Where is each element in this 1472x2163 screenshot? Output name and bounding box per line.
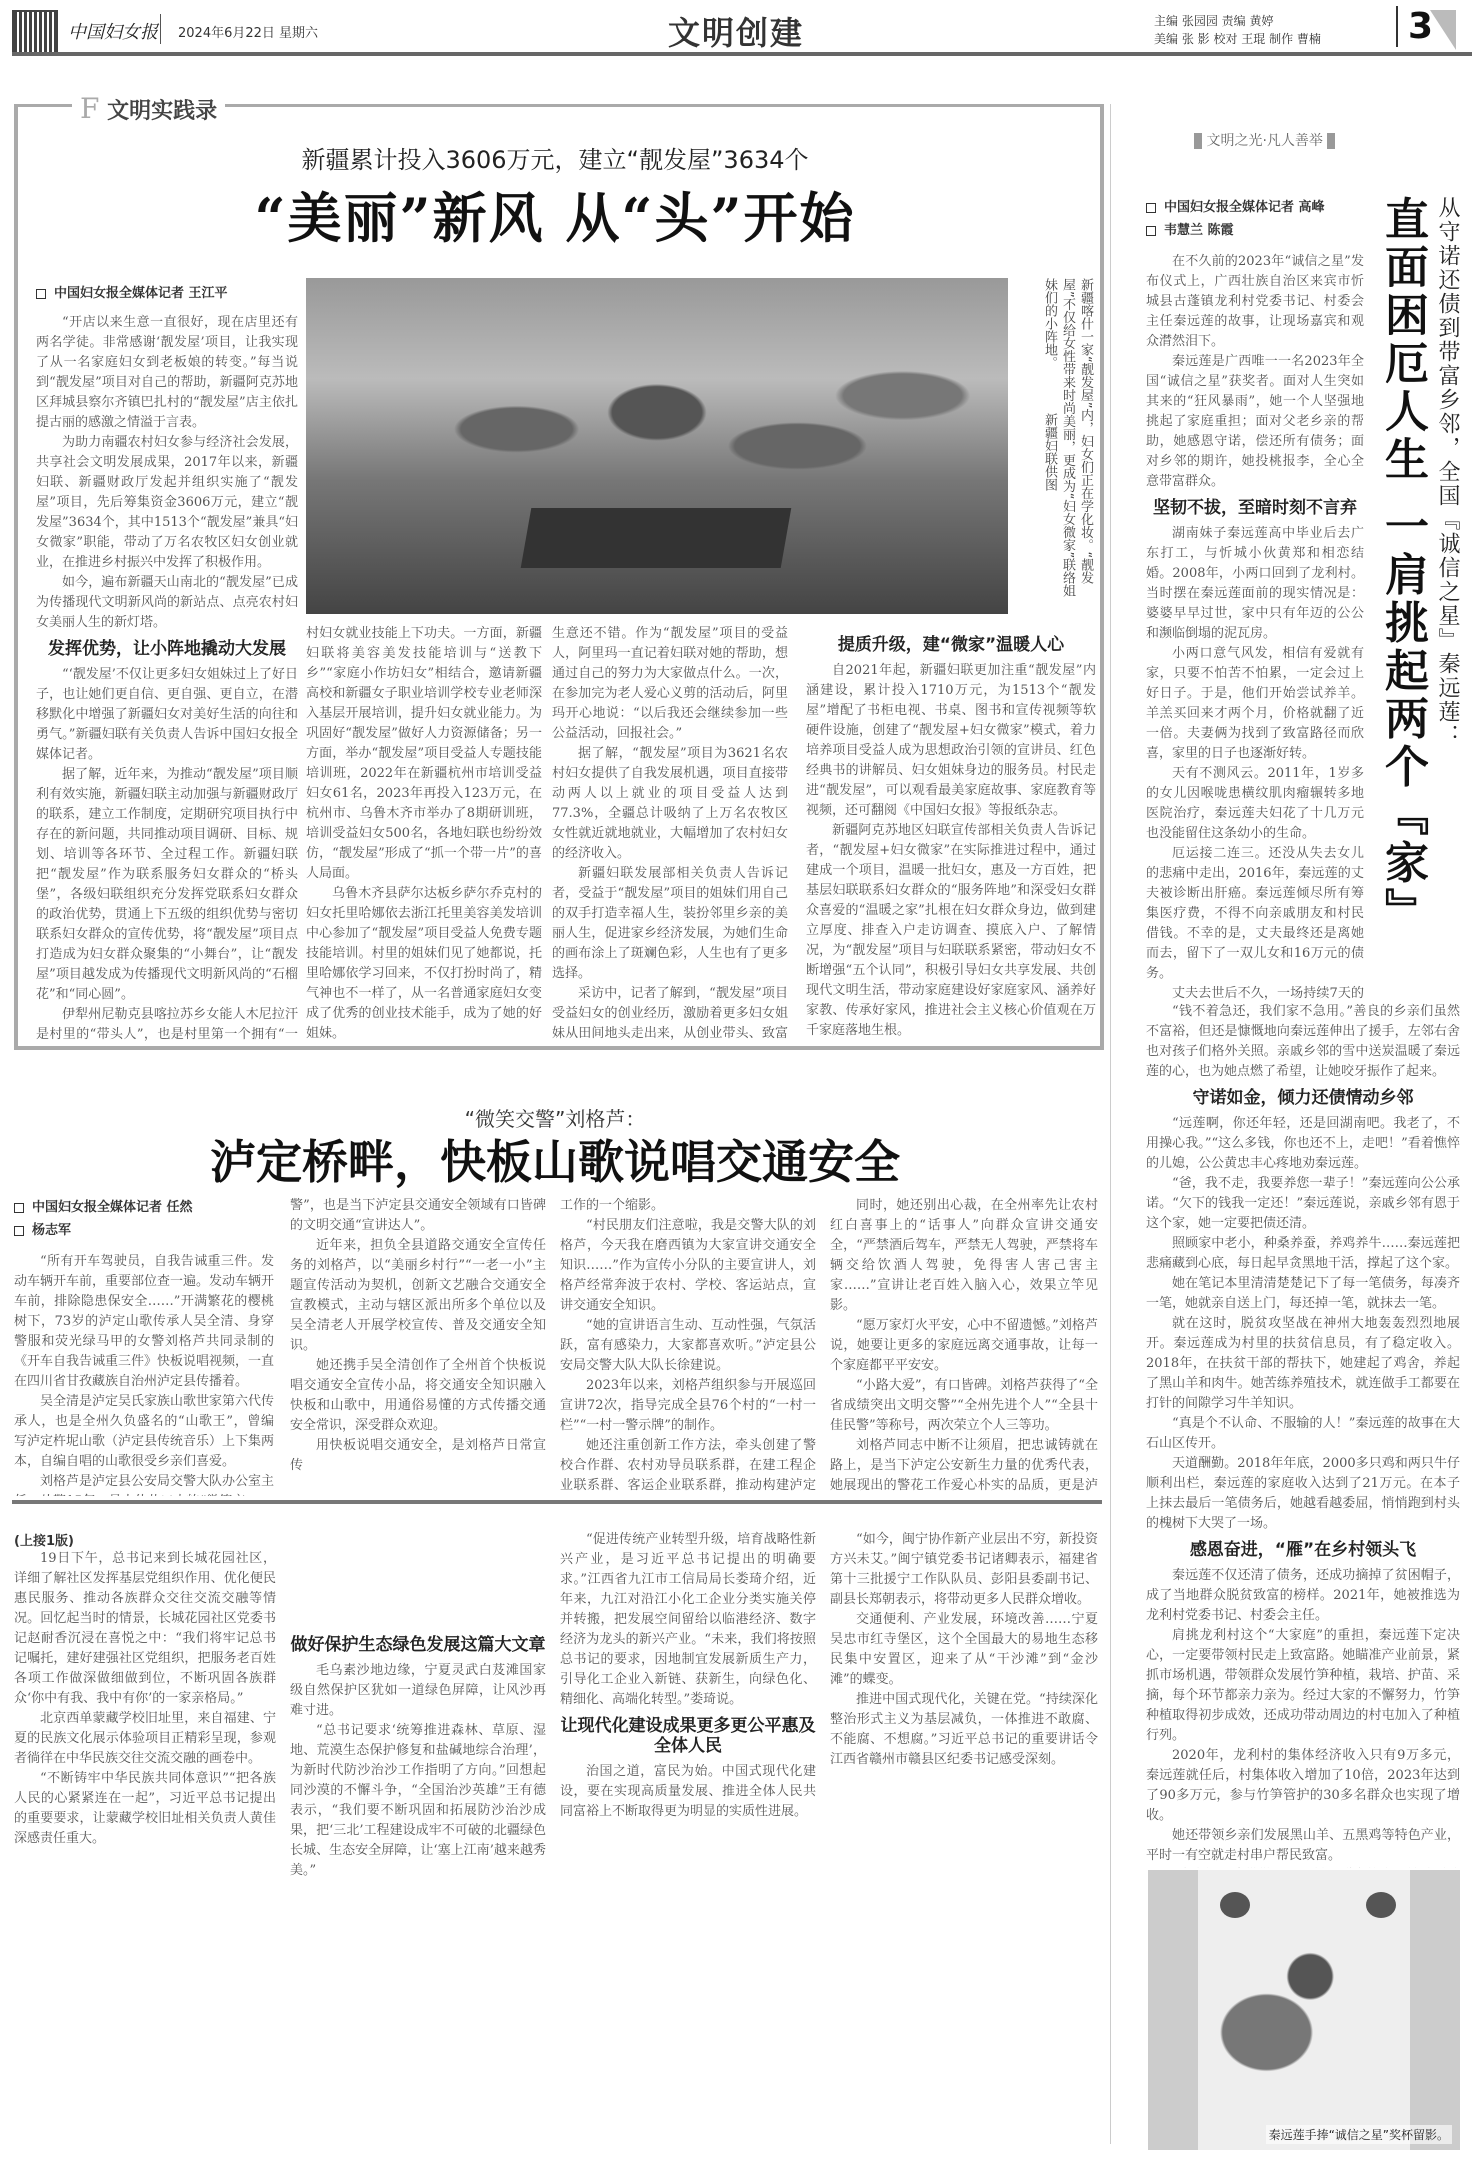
column-tag: F 文明实践录 bbox=[72, 92, 225, 125]
article-1-headline: “美丽”新风 从“头”开始 bbox=[0, 176, 1110, 253]
paragraph: 如今，遍布新疆天山南北的“靓发屋”已成为传播现代文明新风尚的新站点、点亮农村妇女… bbox=[36, 573, 298, 633]
article-2-headline: 泸定桥畔，快板山歌说唱交通安全 bbox=[0, 1126, 1110, 1192]
article-2-byline-1: 中国妇女报全媒体记者 任然 bbox=[14, 1196, 274, 1215]
article-1-kicker: 新疆累计投入3606万元，建立“靓发屋”3634个 bbox=[0, 140, 1110, 175]
sidebar-photo-caption: 秦远莲手捧“诚信之星”奖杯留影。 bbox=[1266, 2125, 1452, 2144]
paragraph: 小两口意气风发，相信有爱就有家，只要不怕苦不怕累，一定会过上好日子。于是，他们开… bbox=[1146, 644, 1364, 764]
paragraph: 伊犁州尼勒克县喀拉苏乡女能人木尼拉汗是村里的“带头人”，也是村里第一个拥有“一名… bbox=[36, 1005, 298, 1042]
article-3-col-1: (上接1版) 19日下午，总书记来到长城花园社区，详细了解社区发挥基层党组织作用… bbox=[14, 1530, 276, 2150]
paragraph: 北京西单蒙藏学校旧址里，来自福建、宁夏的民族文化展示体验项目正精彩呈现，参观者徜… bbox=[14, 1709, 276, 1769]
paragraph: 秦远莲不仅还清了债务，还成功摘掉了贫困帽子，成了当地群众脱贫致富的榜样。2021… bbox=[1146, 1566, 1460, 1626]
paragraph: 就在这时，脱贫攻坚战在神州大地轰轰烈烈地展开。秦远莲成为村里的扶贫信息员，有了稳… bbox=[1146, 1314, 1460, 1414]
paragraph: 交通便利、产业发展，环境改善……宁夏吴忠市红寺堡区，这个全国最大的易地生态移民集… bbox=[830, 1610, 1098, 1690]
sidebar-kicker: 从守诺还债到带富乡邻，全国『诚信之星』秦远莲： bbox=[1432, 196, 1463, 748]
paragraph: 天有不测风云。2011年，1岁多的女儿因喉咙患横纹肌肉瘤辗转多地医院治疗，秦远莲… bbox=[1146, 764, 1364, 844]
paragraph: 生意还不错。作为“靓发屋”项目的受益人，阿里玛一直记着妇联对她的帮助，想通过自己… bbox=[552, 624, 788, 744]
article-3-col-3: “促进传统产业转型升级，培育战略性新兴产业，是习近平总书记提出的明确要求。”江西… bbox=[560, 1530, 816, 2150]
paragraph: 据了解，“靓发屋”项目为3621名农村妇女提供了自我发展机遇，项目直接带动两人以… bbox=[552, 744, 788, 864]
page-corner-decoration bbox=[1430, 10, 1456, 50]
paragraph: “小路大爱”，有口皆碑。刘格芦获得了“全省成绩突出文明交警”“全州先进个人”“全… bbox=[830, 1376, 1098, 1436]
article-1-col-4: 提质升级，建“微家”温暖人心 自2021年起，新疆妇联更加注重“靓发屋”内涵建设… bbox=[806, 624, 1096, 1044]
paragraph: “钱不着急还，我们家不急用。”善良的乡亲们虽然不富裕，但还是慷慨地向秦远莲伸出了… bbox=[1146, 1002, 1460, 1082]
paragraph: 刘格芦是泸定县公安局交警大队办公室主任，从警15年，是大伙儿口中的“微笑交 bbox=[14, 1472, 274, 1496]
article-2-col-4: 同时，她还别出心裁，在全州率先让农村红白喜事上的“话事人”向群众宣讲交通安全，“… bbox=[830, 1196, 1098, 1496]
paragraph: 2020年，龙利村的集体经济收入只有9万多元，秦远莲就任后，村集体收入增加了10… bbox=[1146, 1746, 1460, 1826]
sidebar-headline: 直面困厄人生 一肩挑起两个『家』 bbox=[1370, 196, 1434, 935]
paragraph: 采访中，记者了解到，“靓发屋”项目受益妇女的创业经历，激励着更多妇女姐妹从田间地… bbox=[552, 984, 788, 1044]
sidebar-subhead-3: 感恩奋进，“雁”在乡村领头飞 bbox=[1146, 1540, 1460, 1560]
paragraph: “不断铸牢中华民族共同体意识”“把各族人民的心紧紧连在一起”，习近平总书记提出的… bbox=[14, 1769, 276, 1849]
paragraph: 警”，也是当下泸定县交通安全领域有口皆碑的文明交通“宣讲达人”。 bbox=[290, 1196, 546, 1236]
article-1-body: “开店以来生意一直很好，现在店里还有两名学徒。非常感谢‘靓发屋’项目，让我实现了… bbox=[36, 313, 298, 1042]
article-1-col-1: 中国妇女报全媒体记者 王江平 “开店以来生意一直很好，现在店里还有两名学徒。非常… bbox=[36, 282, 298, 1042]
byline-text: 中国妇女报全媒体记者 高峰 bbox=[1164, 200, 1325, 215]
article-2-col-3: 工作的一个缩影。 “村民朋友们注意啦，我是交警大队的刘格芦，今天我在磨西镇为大家… bbox=[560, 1196, 816, 1496]
paragraph: “愿万家灯火平安，心中不留遗憾。”刘格芦说，她要让更多的家庭远离交通事故，让每一… bbox=[830, 1316, 1098, 1376]
photo-credit: 新疆妇联供图 bbox=[1042, 413, 1057, 491]
article-3-subhead-1: 做好保护生态绿色发展这篇大文章 bbox=[290, 1630, 546, 1655]
paragraph: 天道酬勤。2018年年底，2000多只鸡和两只牛仔顺利出栏，秦远莲的家庭收入达到… bbox=[1146, 1454, 1460, 1534]
article-2-col-2-body: 警”，也是当下泸定县交通安全领域有口皆碑的文明交通“宣讲达人”。 近年来，担负全… bbox=[290, 1196, 546, 1476]
paragraph: 同时，她还别出心裁，在全州率先让农村红白喜事上的“话事人”向群众宣讲交通安全，“… bbox=[830, 1196, 1098, 1316]
article-3-col-2: 做好保护生态绿色发展这篇大文章 毛乌素沙地边缘，宁夏灵武白芨滩国家级自然保护区犹… bbox=[290, 1530, 546, 2150]
paragraph: 乌鲁木齐县萨尔达板乡萨尔乔克村的妇女托里哈娜依去浙江托里美容美发培训中心参加了“… bbox=[306, 884, 542, 1044]
sidebar-photo: 秦远莲手捧“诚信之星”奖杯留影。 bbox=[1148, 1870, 1460, 2150]
paragraph: “开店以来生意一直很好，现在店里还有两名学徒。非常感谢‘靓发屋’项目，让我实现了… bbox=[36, 313, 298, 433]
article-1-col-3-body: 生意还不错。作为“靓发屋”项目的受益人，阿里玛一直记着妇联对她的帮助，想通过自己… bbox=[552, 624, 788, 1044]
byline-text: 中国妇女报全媒体记者 王江平 bbox=[54, 286, 228, 301]
editor-credits-line-2: 美编 张 影 校对 王琨 制作 曹楠 bbox=[1154, 30, 1321, 48]
paragraph: “秦书记一直勤勤恳恳，村民群众的事，她随叫随到。”村委会副主任樊义新说。 bbox=[1146, 1866, 1460, 1868]
paragraph: “村民朋友们注意啦，我是交警大队的刘格芦，今天我在磨西镇为大家宣讲交通安全知识…… bbox=[560, 1216, 816, 1316]
column-tag-label: 文明实践录 bbox=[107, 98, 217, 124]
paragraph: “如今，闽宁协作新产业层出不穷，新投资方兴未艾。”闽宁镇党委书记诸卿表示，福建省… bbox=[830, 1530, 1098, 1610]
paragraph: 她还携手吴全清创作了全州首个快板说唱交通安全宣传小品，将交通安全知识融入快板和山… bbox=[290, 1356, 546, 1436]
paragraph: 工作的一个缩影。 bbox=[560, 1196, 816, 1216]
continued-label: (上接1版) bbox=[14, 1530, 276, 1549]
page-number: 3 bbox=[1396, 6, 1433, 47]
article-1-subhead-4: 提质升级，建“微家”温暖人心 bbox=[806, 630, 1096, 655]
paragraph: 她还带领乡亲们发展黑山羊、五黑鸡等特色产业，平时一有空就走村串户帮民致富。 bbox=[1146, 1826, 1460, 1866]
masthead-rule bbox=[12, 52, 1472, 56]
paragraph: “真是个不认命、不服输的人！”秦远莲的故事在大石山区传开。 bbox=[1146, 1414, 1460, 1454]
paragraph: “所有开车驾驶员，自我告诫重三件。发动车辆开车前，重要部位查一遍。发动车辆开车前… bbox=[14, 1252, 274, 1392]
article-1-photo-caption: 新疆喀什一家“靓发屋”内，妇女们正在学化妆。“靓发屋”不仅给女性带来时尚美丽，更… bbox=[1014, 278, 1094, 608]
article-1-col-3: 生意还不错。作为“靓发屋”项目的受益人，阿里玛一直记着妇联对她的帮助，想通过自己… bbox=[552, 624, 788, 1044]
paragraph: 肩挑龙利村这个“大家庭”的重担，秦远莲下定决心，一定要带领村民走上致富路。她瞄准… bbox=[1146, 1626, 1460, 1746]
byline-box-icon bbox=[1146, 226, 1156, 236]
article-3-subhead-2: 让现代化建设成果更多更公平惠及全体人民 bbox=[560, 1716, 816, 1756]
section-divider bbox=[12, 1500, 1102, 1504]
article-3-col-2-body: 毛乌素沙地边缘，宁夏灵武白芨滩国家级自然保护区犹如一道绿色屏障，让风沙再难寸进。… bbox=[290, 1661, 546, 1881]
paragraph: 自2021年起，新疆妇联更加注重“靓发屋”内涵建设，累计投入1710万元，为15… bbox=[806, 661, 1096, 821]
article-1-byline: 中国妇女报全媒体记者 王江平 bbox=[36, 282, 298, 301]
paragraph: 用快板说唱交通安全，是刘格芦日常宣传 bbox=[290, 1436, 546, 1476]
sidebar-tag-label: 文明之光·凡人善举 bbox=[1206, 133, 1322, 149]
byline-box-icon bbox=[1146, 203, 1156, 213]
article-3-col-1-body: 19日下午，总书记来到长城花园社区，详细了解社区发挥基层党组织作用、优化便民惠民… bbox=[14, 1549, 276, 1849]
sidebar-divider bbox=[1110, 104, 1111, 2144]
byline-box-icon bbox=[14, 1226, 24, 1236]
sidebar-byline-2: 韦慧兰 陈霞 bbox=[1146, 219, 1364, 238]
paragraph: 为助力南疆农村妇女参与经济社会发展，共享社会文明发展成果，2017年以来，新疆妇… bbox=[36, 433, 298, 573]
paragraph: 她还注重创新工作方法，牵头创建了警校合作群、农村劝导员联系群，在建工程企业联系群… bbox=[560, 1436, 816, 1496]
paragraph: “爸，我不走，我要养您一辈子！”秦远莲向公公承诺。“欠下的钱我一定还！”秦远莲说… bbox=[1146, 1174, 1460, 1234]
masthead: 中国妇女报 2024年6月22日 星期六 文明创建 主编 张园园 责编 黄婷 美… bbox=[0, 0, 1472, 52]
article-2-col-4-body: 同时，她还别出心裁，在全州率先让农村红白喜事上的“话事人”向群众宣讲交通安全，“… bbox=[830, 1196, 1098, 1496]
article-1-subhead-1: 发挥优势，让小阵地撬动大发展 bbox=[36, 639, 298, 659]
paragraph: “她的宣讲语言生动、互动性强，气氛活跃，富有感染力，大家都喜欢听。”泸定县公安局… bbox=[560, 1316, 816, 1376]
article-1-col-2-body: 村妇女就业技能上下功夫。一方面，新疆妇联将美容美发技能培训与“送教下乡”“家庭小… bbox=[306, 624, 542, 1044]
sidebar-col-narrow: 中国妇女报全媒体记者 高峰 韦慧兰 陈霞 在不久前的2023年“诚信之星”发布仪… bbox=[1146, 196, 1364, 1006]
sidebar-col-wide: “钱不着急还，我们家不急用。”善良的乡亲们虽然不富裕，但还是慷慨地向秦远莲伸出了… bbox=[1146, 1002, 1460, 1868]
editor-credits-line-1: 主编 张园园 责编 黄婷 bbox=[1154, 12, 1321, 30]
byline-text: 杨志军 bbox=[32, 1223, 71, 1238]
article-1-col-4-body: 自2021年起，新疆妇联更加注重“靓发屋”内涵建设，累计投入1710万元，为15… bbox=[806, 661, 1096, 1041]
article-1-photo bbox=[306, 278, 1008, 614]
lantern-shape bbox=[1366, 1892, 1396, 1918]
paragraph: “‘靓发屋’不仅让更多妇女姐妹过上了好日子，也让她们更自信、更自强、更自立，在潜… bbox=[36, 665, 298, 765]
paragraph: 毛乌素沙地边缘，宁夏灵武白芨滩国家级自然保护区犹如一道绿色屏障，让风沙再难寸进。 bbox=[290, 1661, 546, 1721]
sidebar-intro: 在不久前的2023年“诚信之星”发布仪式上，广西壮族自治区来宾市忻城县古蓬镇龙利… bbox=[1146, 252, 1364, 1006]
article-2-col-2: 警”，也是当下泸定县交通安全领域有口皆碑的文明交通“宣讲达人”。 近年来，担负全… bbox=[290, 1196, 546, 1496]
paragraph: 治国之道，富民为始。中国式现代化建设，要在实现高质量发展、推进全体人民共同富裕上… bbox=[560, 1762, 816, 1822]
paragraph: 村妇女就业技能上下功夫。一方面，新疆妇联将美容美发技能培训与“送教下乡”“家庭小… bbox=[306, 624, 542, 884]
byline-text: 韦慧兰 陈霞 bbox=[1164, 223, 1234, 238]
paragraph: 近年来，担负全县道路交通安全宣传任务的刘格芦，以“美丽乡村行”“一老一小”主题宣… bbox=[290, 1236, 546, 1356]
article-3-col-4: “如今，闽宁协作新产业层出不穷，新投资方兴未艾。”闽宁镇党委书记诸卿表示，福建省… bbox=[830, 1530, 1098, 2150]
article-2-col-1: 中国妇女报全媒体记者 任然 杨志军 “所有开车驾驶员，自我告诫重三件。发动车辆开… bbox=[14, 1196, 274, 1496]
paragraph: 19日下午，总书记来到长城花园社区，详细了解社区发挥基层党组织作用、优化便民惠民… bbox=[14, 1549, 276, 1709]
article-2-byline-2: 杨志军 bbox=[14, 1219, 274, 1238]
paragraph: 秦远莲是广西唯一一名2023年全国“诚信之星”获奖者。面对人生突如其来的“狂风暴… bbox=[1146, 352, 1364, 492]
article-3-col-4-body: “如今，闽宁协作新产业层出不穷，新投资方兴未艾。”闽宁镇党委书记诸卿表示，福建省… bbox=[830, 1530, 1098, 1770]
byline-box-icon bbox=[14, 1203, 24, 1213]
paragraph: 刘格芦同志中断不让须眉，把忠诚铸就在路上，是当下泸定公安新生力量的优秀代表，她展… bbox=[830, 1436, 1098, 1496]
photo-table-shape bbox=[521, 508, 792, 568]
paragraph: 湖南妹子秦远莲高中毕业后去广东打工，与忻城小伙黄郑和相恋结婚。2008年，小两口… bbox=[1146, 524, 1364, 644]
article-2-col-3-body: 工作的一个缩影。 “村民朋友们注意啦，我是交警大队的刘格芦，今天我在磨西镇为大家… bbox=[560, 1196, 816, 1496]
article-1-col-2: 村妇女就业技能上下功夫。一方面，新疆妇联将美容美发技能培训与“送教下乡”“家庭小… bbox=[306, 624, 542, 1044]
byline-text: 中国妇女报全媒体记者 任然 bbox=[32, 1200, 193, 1215]
paragraph: 新疆妇联发展部相关负责人告诉记者，受益于“靓发屋”项目的姐妹们用自己的双手打造幸… bbox=[552, 864, 788, 984]
article-2-col-1-body: “所有开车驾驶员，自我告诫重三件。发动车辆开车前，重要部位查一遍。发动车辆开车前… bbox=[14, 1252, 274, 1496]
paragraph: 照顾家中老小，种桑养蚕，养鸡养牛……秦远莲把悲痛藏到心底，每日起早贪黑地干活，撑… bbox=[1146, 1234, 1460, 1274]
paragraph: 她在笔记本里清清楚楚记下了每一笔债务，每凑齐一笔，她就亲自送上门，每还掉一笔，就… bbox=[1146, 1274, 1460, 1314]
paragraph: 推进中国式现代化，关键在党。“持续深化整治形式主义为基层减负，一体推进不敢腐、不… bbox=[830, 1690, 1098, 1770]
tag-bracket-left-icon bbox=[1194, 133, 1202, 149]
tag-bracket-right-icon bbox=[1327, 133, 1335, 149]
paragraph: 新疆阿克苏地区妇联宣传部相关负责人告诉记者，“靓发屋+妇女微家”在实际推进过程中… bbox=[806, 821, 1096, 1041]
sidebar-byline-1: 中国妇女报全媒体记者 高峰 bbox=[1146, 196, 1364, 215]
paragraph: 2023年以来，刘格芦组织参与开展巡回宣讲72次，指导完成全县76个村的“一村一… bbox=[560, 1376, 816, 1436]
paragraph: 厄运接二连三。还没从失去女儿的悲痛中走出，2016年，秦远莲的丈夫被诊断出肝癌。… bbox=[1146, 844, 1364, 984]
article-3-col-3-body: “促进传统产业转型升级，培育战略性新兴产业，是习近平总书记提出的明确要求。”江西… bbox=[560, 1530, 816, 1822]
sidebar-subhead-2: 守诺如金，倾力还债情动乡邻 bbox=[1146, 1088, 1460, 1108]
paragraph: 吴全清是泸定吴氏家族山歌世家第六代传承人，也是全州久负盛名的“山歌王”，曾编写泸… bbox=[14, 1392, 274, 1472]
lantern-shape bbox=[1220, 1892, 1250, 1918]
editor-credits: 主编 张园园 责编 黄婷 美编 张 影 校对 王琨 制作 曹楠 bbox=[1154, 12, 1321, 48]
sidebar-body: “钱不着急还，我们家不急用。”善良的乡亲们虽然不富裕，但还是慷慨地向秦远莲伸出了… bbox=[1146, 1002, 1460, 1868]
paragraph: “远莲啊，你还年轻，还是回湖南吧。我老了，不用操心我。”“这么多钱，你也还不上，… bbox=[1146, 1114, 1460, 1174]
column-tag-letter: F bbox=[80, 92, 99, 125]
sidebar-subhead-1: 坚韧不拔，至暗时刻不言弃 bbox=[1146, 498, 1364, 518]
paragraph: “促进传统产业转型升级，培育战略性新兴产业，是习近平总书记提出的明确要求。”江西… bbox=[560, 1530, 816, 1710]
paragraph: “总书记要求‘统筹推进森林、草原、湿地、荒漠生态保护修复和盐碱地综合治理’，为新… bbox=[290, 1721, 546, 1881]
sidebar-column-tag: 文明之光·凡人善举 bbox=[1194, 130, 1335, 150]
paragraph: 在不久前的2023年“诚信之星”发布仪式上，广西壮族自治区来宾市忻城县古蓬镇龙利… bbox=[1146, 252, 1364, 352]
paragraph: 据了解，近年来，为推动“靓发屋”项目顺利有效实施，新疆妇联主动加强与新疆财政厅的… bbox=[36, 765, 298, 1005]
byline-box-icon bbox=[36, 289, 46, 299]
